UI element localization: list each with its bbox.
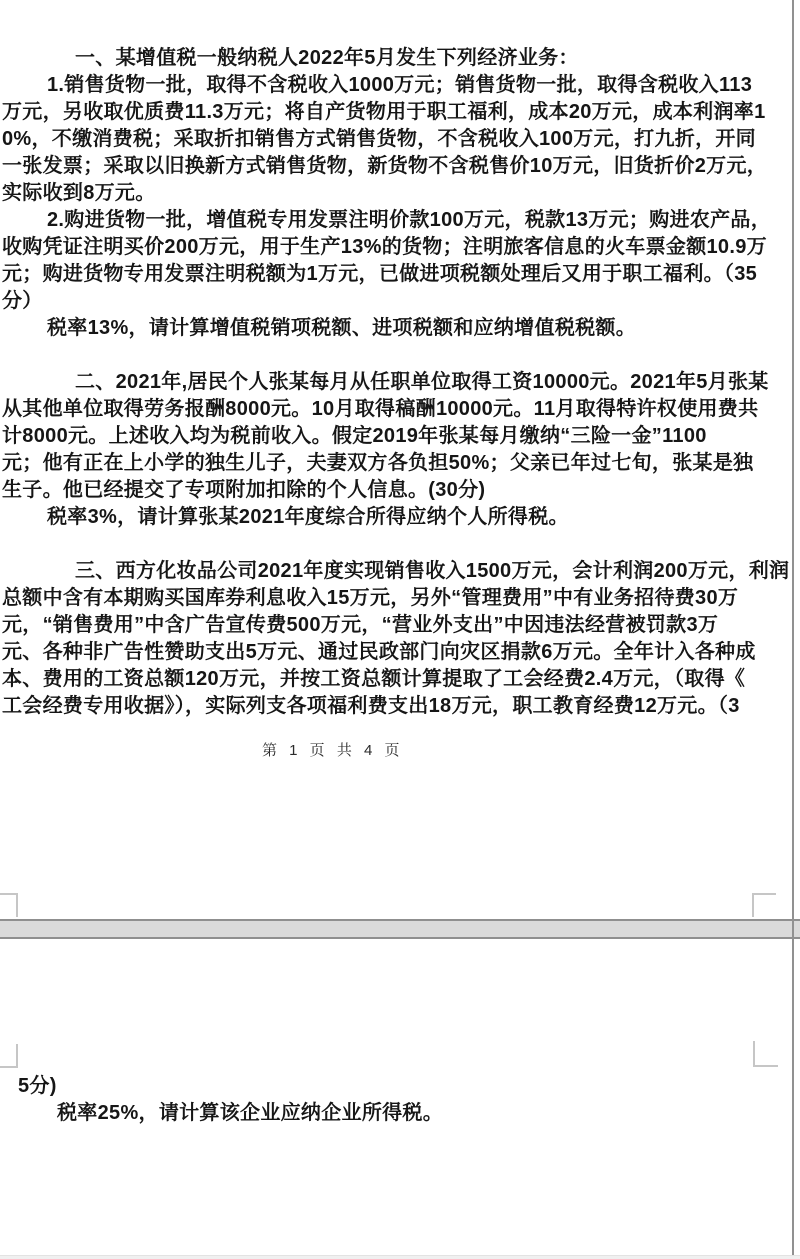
text-boundary-mark-bottom-left: [0, 893, 18, 917]
text-boundary-mark-top-right: [753, 1041, 778, 1067]
text-line[interactable]: 1.销售货物一批，取得不含税收入1000万元；销售货物一批，取得含税收入113: [47, 72, 752, 99]
text-line[interactable]: 元；他有正在上小学的独生儿子，夫妻双方各负担50%；父亲已年过七旬，张某是独: [2, 450, 753, 477]
window-bottom-edge: [0, 1255, 800, 1259]
text-line[interactable]: 2.购进货物一批，增值税专用发票注明价款100万元，税款13万元；购进农产品，: [47, 207, 771, 234]
text-line[interactable]: 一张发票；采取以旧换新方式销售货物，新货物不含税售价10万元，旧货折价2万元，: [2, 153, 767, 180]
text-line[interactable]: 从其他单位取得劳务报酬8000元。10月取得稿酬10000元。11月取得特许权使…: [2, 396, 758, 423]
text-line[interactable]: 分）: [2, 288, 43, 315]
text-line[interactable]: 生子。他已经提交了专项附加扣除的个人信息。(30分): [2, 477, 485, 504]
text-line[interactable]: 税率3%，请计算张某2021年度综合所得应纳个人所得税。: [47, 504, 569, 531]
page-separator: [0, 919, 800, 939]
text-line[interactable]: 元，“销售费用”中含广告宣传费500万元，“营业外支出”中因违法经营被罚款3万: [2, 612, 718, 639]
text-line[interactable]: 税率25%，请计算该企业应纳企业所得税。: [57, 1100, 443, 1127]
text-line[interactable]: 二、2021年,居民个人张某每月从任职单位取得工资10000元。2021年5月张…: [75, 369, 769, 396]
text-line[interactable]: 万元，另收取优质费11.3万元；将自产货物用于职工福利，成本20万元，成本利润率…: [2, 99, 766, 126]
text-line[interactable]: 收购凭证注明买价200万元，用于生产13%的货物；注明旅客信息的火车票金额10.…: [2, 234, 767, 261]
text-line[interactable]: 税率13%，请计算增值税销项税额、进项税额和应纳增值税税额。: [47, 315, 636, 342]
text-line[interactable]: 计8000元。上述收入均为税前收入。假定2019年张某每月缴纳“三险一金”110…: [2, 423, 707, 450]
text-line[interactable]: 5分): [18, 1073, 57, 1100]
text-line[interactable]: 一、某增值税一般纳税人2022年5月发生下列经济业务：: [75, 45, 579, 72]
page-number-footer: 第 1 页 共 4 页: [262, 742, 404, 760]
text-line[interactable]: 三、西方化妆品公司2021年度实现销售收入1500万元，会计利润200万元，利润: [75, 558, 789, 585]
text-line[interactable]: 元、各种非广告性赞助支出5万元、通过民政部门向灾区捐款6万元。全年计入各种成: [2, 639, 756, 666]
document-page-2[interactable]: 5分)税率25%，请计算该企业应纳企业所得税。: [0, 939, 792, 1255]
text-boundary-mark-top-left: [0, 1044, 18, 1068]
text-line[interactable]: 0%，不缴消费税；采取折扣销售方式销售货物，不含税收入100万元，打九折，开同: [2, 126, 756, 153]
text-line[interactable]: 总额中含有本期购买国库券利息收入15万元，另外“管理费用”中有业务招待费30万: [2, 585, 738, 612]
window-right-edge: [792, 0, 794, 1259]
text-line[interactable]: 元；购进货物专用发票注明税额为1万元，已做进项税额处理后又用于职工福利。（35: [2, 261, 757, 288]
document-page-1[interactable]: 一、某增值税一般纳税人2022年5月发生下列经济业务：1.销售货物一批，取得不含…: [0, 0, 792, 919]
text-line[interactable]: 实际收到8万元。: [2, 180, 156, 207]
text-line[interactable]: 本、费用的工资总额120万元，并按工资总额计算提取了工会经费2.4万元，（取得《: [2, 666, 745, 693]
text-line[interactable]: 工会经费专用收据》），实际列支各项福利费支出18万元，职工教育经费12万元。（3: [2, 693, 740, 720]
text-boundary-mark-bottom-right: [752, 893, 776, 917]
